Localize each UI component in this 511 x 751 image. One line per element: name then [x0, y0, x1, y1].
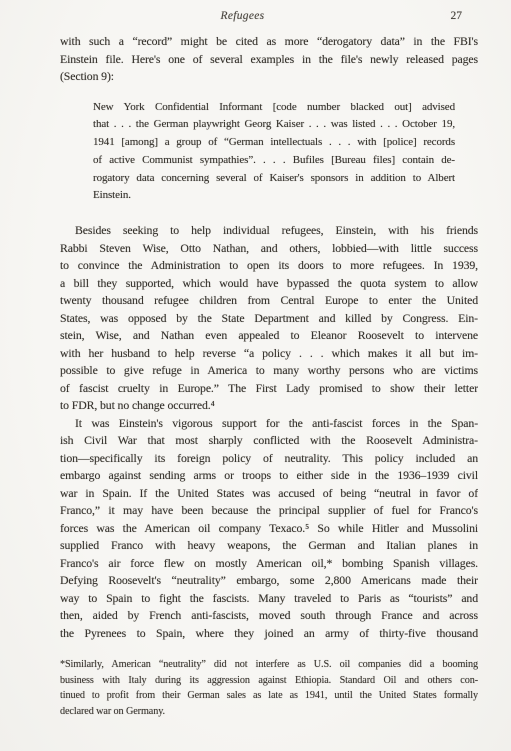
text-line: to FDR, but no change occurred.⁴: [60, 397, 478, 415]
text-line: twenty thousand refugee children from Ce…: [60, 292, 478, 310]
text-line: Franco's air force flew on mostly Americ…: [60, 555, 478, 573]
text-line: Einstein.: [93, 187, 455, 205]
footnote: *Similarly, American “neutrality” did no…: [60, 657, 478, 719]
text-block: with such a “record” might be cited as m…: [60, 33, 478, 719]
text-line: Defying Roosevelt's “neutrality” embargo…: [60, 572, 478, 590]
text-line: (Section 9):: [60, 68, 478, 86]
text-line: Besides seeking to help individual refug…: [60, 222, 478, 240]
text-line: Einstein file. Here's one of several exa…: [60, 51, 478, 69]
text-line: stein, Wise, and Nathan even appealed to…: [60, 327, 478, 345]
text-line: tion—specifically its foreign policy of …: [60, 450, 478, 468]
text-line: way to Spain to fight the fascists. Many…: [60, 590, 478, 608]
text-line: 1941 [among] a group of “German intellec…: [93, 134, 455, 152]
running-head: Refugees 27: [0, 10, 511, 28]
text-line: States, was opposed by the State Departm…: [60, 310, 478, 328]
fbi-file-block-quote: New York Confidential Informant [code nu…: [93, 99, 455, 206]
text-line: war in Spain. If the United States was a…: [60, 485, 478, 503]
text-line: rogatory data concerning several of Kais…: [93, 170, 455, 188]
text-line: the Pyrenees to Spain, where they joined…: [60, 625, 478, 643]
paragraph-intro: with such a “record” might be cited as m…: [60, 33, 478, 86]
paragraph-spanish-civil-war: It was Einstein's vigorous support for t…: [60, 415, 478, 643]
text-line: with her husband to help reverse “a poli…: [60, 345, 478, 363]
text-line: embargo against sending arms or troops t…: [60, 467, 478, 485]
text-line: supplied Franco with heavy weapons, the …: [60, 537, 478, 555]
text-line: Franco,” it may have been because the pr…: [60, 502, 478, 520]
text-line: *Similarly, American “neutrality” did no…: [60, 657, 478, 672]
text-line: forces was the American oil company Texa…: [60, 520, 478, 538]
text-line: tinued to profit from their German sales…: [60, 688, 478, 703]
text-line: possible to give refuge in America to ma…: [60, 362, 478, 380]
text-line: that . . . the German playwright Georg K…: [93, 116, 455, 134]
text-line: business with Italy during its aggressio…: [60, 673, 478, 688]
text-line: of fascist cruelty in Europe.” The First…: [60, 380, 478, 398]
running-head-title: Refugees: [0, 10, 485, 22]
book-page: Refugees 27 with such a “record” might b…: [0, 0, 511, 751]
text-line: New York Confidential Informant [code nu…: [93, 99, 455, 117]
text-line: It was Einstein's vigorous support for t…: [60, 415, 478, 433]
text-line: a bill they supported, which would have …: [60, 275, 478, 293]
text-line: then, aided by French anti-fascists, mov…: [60, 607, 478, 625]
paragraph-refugee-lobbying: Besides seeking to help individual refug…: [60, 222, 478, 415]
text-line: declared war on Germany.: [60, 704, 478, 719]
page-number: 27: [451, 10, 463, 22]
text-line: to convince the Administration to open i…: [60, 257, 478, 275]
text-line: of active Communist sympathies”. . . . B…: [93, 152, 455, 170]
text-line: with such a “record” might be cited as m…: [60, 33, 478, 51]
text-line: ish Civil War that most sharply conflict…: [60, 432, 478, 450]
text-line: Rabbi Steven Wise, Otto Nathan, and othe…: [60, 240, 478, 258]
